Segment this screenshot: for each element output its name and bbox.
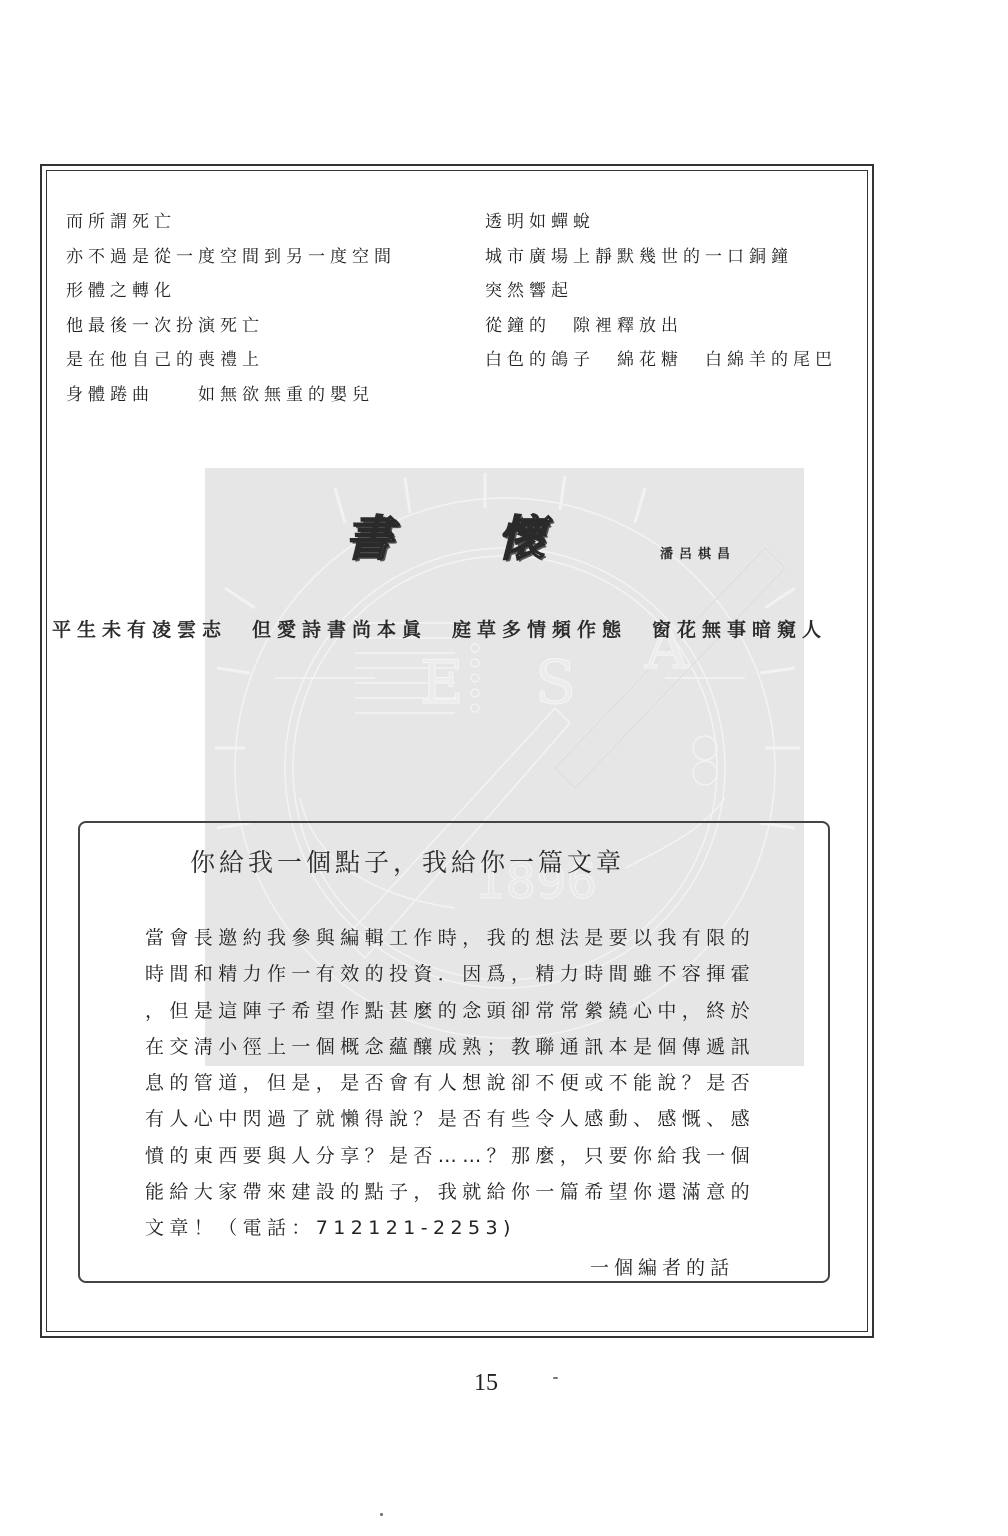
- poem-right-column: 透明如蟬蛻 城市廣場上靜默幾世的一口銅鐘 突然響起 從鐘的 隙裡釋放出 白色的鴿…: [485, 205, 837, 378]
- title-character: 懷: [497, 500, 545, 569]
- scan-speck: [553, 1377, 558, 1379]
- poem-line: 白色的鴿子 綿花糖 白綿羊的尾巴: [485, 343, 837, 378]
- poem-line: 是在他自己的喪禮上: [66, 343, 396, 378]
- editor-note-line: 有人心中閃過了就懶得說？是否有些令人感動、感慨、感: [145, 1101, 805, 1137]
- editor-note-body: 當會長邀約我參與編輯工作時，我的想法是要以我有限的 時間和精力作一有效的投資．因…: [145, 920, 805, 1247]
- poem-line: 亦不過是從一度空間到另一度空間: [66, 240, 396, 275]
- poem-line: 而所謂死亡: [66, 205, 396, 240]
- scan-speck: [380, 1513, 383, 1516]
- editor-note-line: 在交淸小徑上一個概念蘊釀成熟；教聯通訊本是個傳遞訊: [145, 1029, 805, 1065]
- poem-line: 突然響起: [485, 274, 837, 309]
- editor-note-line: 時間和精力作一有效的投資．因爲，精力時間雖不容揮霍: [145, 956, 805, 992]
- title-character: 書: [345, 500, 393, 569]
- editor-note-line: 息的管道，但是，是否會有人想說卻不便或不能說？是否: [145, 1065, 805, 1101]
- poem-line: 形體之轉化: [66, 274, 396, 309]
- poem-line: 城市廣場上靜默幾世的一口銅鐘: [485, 240, 837, 275]
- editor-note-line: 憤的東西要與人分享？是否……？那麼，只要你給我一個: [145, 1138, 805, 1174]
- editor-note-line: 文章！（電話：712121-2253): [145, 1210, 805, 1246]
- author-name: 潘呂棋昌: [660, 543, 736, 562]
- editor-note-line: ，但是這陣子希望作點甚麼的念頭卻常常縈繞心中，終於: [145, 993, 805, 1029]
- editor-note-line: 能給大家帶來建設的點子，我就給你一篇希望你還滿意的: [145, 1174, 805, 1210]
- poem-left-column: 而所謂死亡 亦不過是從一度空間到另一度空間 形體之轉化 他最後一次扮演死亡 是在…: [66, 205, 396, 412]
- editor-note-title: 你給我一個點子，我給你一篇文章: [190, 843, 625, 879]
- page-number: 15: [474, 1370, 498, 1397]
- poem-line: 他最後一次扮演死亡: [66, 309, 396, 344]
- poem-couplet: 平生未有凌雲志 但愛詩書尚本眞 庭草多情頻作態 窗花無事暗窺人: [52, 615, 862, 642]
- editor-signature: 一個編者的話: [590, 1253, 734, 1280]
- editor-note-line: 當會長邀約我參與編輯工作時，我的想法是要以我有限的: [145, 920, 805, 956]
- poem-line: 從鐘的 隙裡釋放出: [485, 309, 837, 344]
- poem-line: 透明如蟬蛻: [485, 205, 837, 240]
- poem-line: 身體踡曲 如無欲無重的嬰兒: [66, 378, 396, 413]
